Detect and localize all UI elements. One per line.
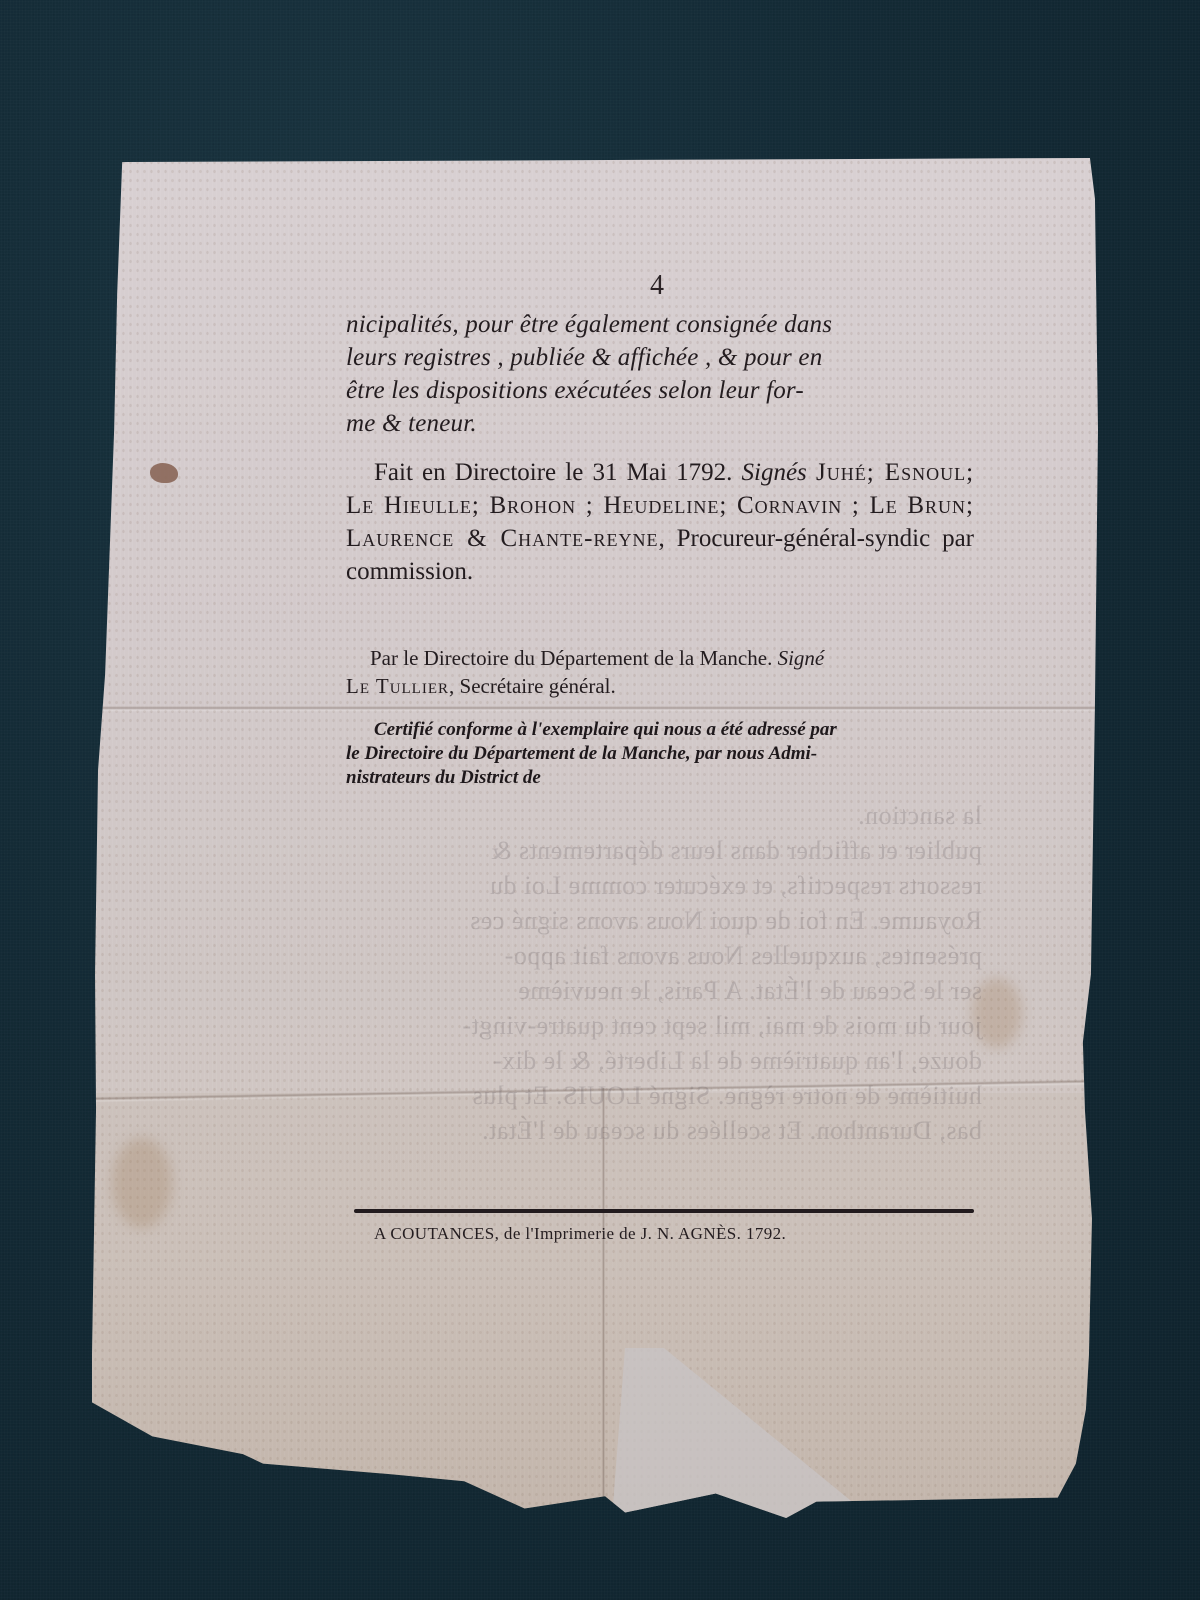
- secretary-name: Le Tullier: [346, 674, 449, 698]
- directory-signature-paragraph: Par le Directoire du Département de la M…: [346, 644, 974, 700]
- footer-rule: [354, 1209, 974, 1213]
- reverse-side-showthrough: la sanction. publier et afficher dans le…: [342, 798, 982, 1148]
- signed-label: Signé: [778, 646, 825, 670]
- secretary-role: , Secrétaire général.: [449, 674, 616, 698]
- certification-paragraph: Certifié conforme à l'exemplaire qui nou…: [346, 718, 974, 790]
- text-line: leurs registres , publiée & affichée , &…: [346, 341, 974, 374]
- text-line: le Directoire du Département de la Manch…: [346, 742, 974, 766]
- decree-date: Fait en Directoire le 31 Mai 1792.: [346, 459, 732, 486]
- printer-imprint: A COUTANCES, de l'Imprimerie de J. N. AG…: [374, 1224, 786, 1244]
- signed-label: Signés: [742, 459, 807, 486]
- text-line: nicipalités, pour être également consign…: [346, 308, 974, 341]
- decree-signature-paragraph: Fait en Directoire le 31 Mai 1792. Signé…: [346, 456, 974, 588]
- foxing-spot: [112, 1138, 172, 1228]
- vertical-fold: [602, 1088, 605, 1518]
- text-line: être les dispositions exécutées selon le…: [346, 374, 974, 407]
- ink-stain: [150, 463, 178, 483]
- text-line: Certifié conforme à l'exemplaire qui nou…: [346, 718, 974, 742]
- text-line: nistrateurs du District de: [346, 766, 974, 790]
- directory-text: Par le Directoire du Département de la M…: [370, 646, 772, 670]
- text-line: me & teneur.: [346, 407, 974, 440]
- horizontal-fold-upper: [92, 706, 1098, 712]
- continuation-paragraph: nicipalités, pour être également consign…: [346, 308, 974, 440]
- page-number: 4: [650, 270, 664, 302]
- document-page: la sanction. publier et afficher dans le…: [92, 158, 1098, 1518]
